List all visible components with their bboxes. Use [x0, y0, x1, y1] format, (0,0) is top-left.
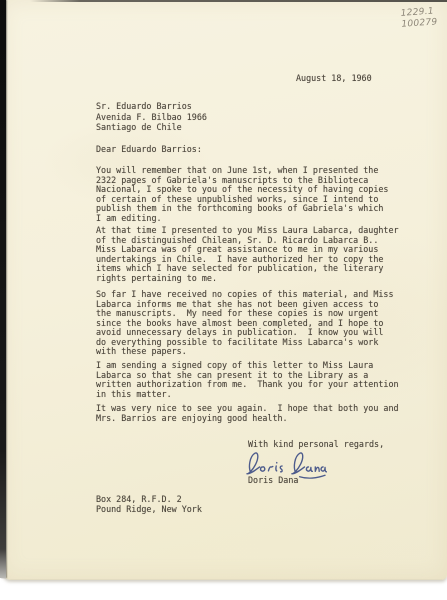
recipient-address: Sr. Eduardo Barrios Avenida F. Bilbao 19… [96, 101, 207, 133]
sender-address: Box 284, R.F.D. 2 Pound Ridge, New York [96, 494, 202, 514]
body-paragraph: You will remember that on June 1st, when… [96, 166, 388, 223]
body-paragraph: So far I have received no copies of this… [96, 290, 394, 357]
body-paragraph: It was very nice to see you again. I hop… [96, 404, 399, 423]
date-line: August 18, 1960 [296, 74, 372, 84]
letter-paper: 1229.1 100279 August 18, 1960 Sr. Eduard… [2, 0, 447, 580]
body-paragraph: At that time I presented to you Miss Lau… [96, 226, 399, 283]
typed-signature: Doris Dana [248, 476, 298, 486]
scan-edge-strip [0, 0, 6, 578]
scan-top-edge [30, 0, 447, 2]
body-paragraph: I am sending a signed copy of this lette… [96, 361, 399, 399]
archival-annotation: 1229.1 100279 [400, 5, 447, 30]
salutation: Dear Eduardo Barrios: [96, 145, 202, 155]
closing-line: With kind personal regards, [248, 440, 384, 450]
